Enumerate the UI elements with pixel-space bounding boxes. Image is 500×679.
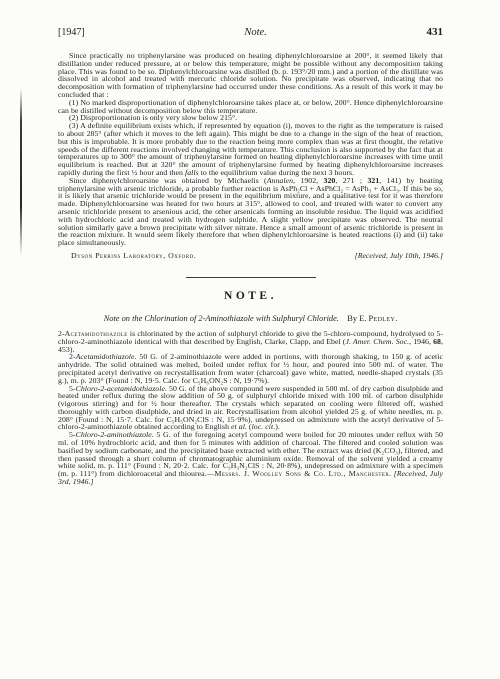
paragraph: 5-Chloro-2-acetamidothiazole. 50 G. of t… [58, 385, 443, 432]
note-body: 2-Acetamidothiazole is chlorinated by th… [58, 330, 443, 486]
running-head: [1947] Note. 431 [58, 27, 443, 38]
note-section-heading: NOTE. [58, 290, 443, 302]
article-body: Since practically no triphenylarsine was… [58, 52, 443, 247]
paragraph: 2-Acetamidothiazole is chlorinated by th… [58, 330, 443, 353]
signature-row: Dyson Perrins Laboratory, Oxford. [Recei… [58, 252, 443, 260]
header-year: [1947] [58, 27, 85, 38]
signature-laboratory: Dyson Perrins Laboratory, Oxford. [58, 252, 196, 260]
page-number: 431 [426, 27, 443, 38]
paragraph: (1) No marked disproportionation of diph… [58, 99, 443, 115]
running-title: Note. [244, 27, 266, 38]
paragraph: 2-Acetamidothiazole. 50 G. of 2-aminothi… [58, 353, 443, 384]
paragraph: Since practically no triphenylarsine was… [58, 52, 443, 99]
paragraph: 5-Chloro-2-aminothiazole. 5 G. of the fo… [58, 431, 443, 486]
paragraph: (3) A definite equilibrium exists which,… [58, 122, 443, 177]
received-date: [Received, July 10th, 1946.] [355, 252, 443, 260]
section-divider [186, 277, 316, 278]
journal-page: [1947] Note. 431 Since practically no tr… [0, 0, 500, 679]
paragraph: Since diphenylchloroarsine was obtained … [58, 177, 443, 247]
note-title: Note on the Chlorination of 2-Aminothiaz… [58, 314, 443, 323]
